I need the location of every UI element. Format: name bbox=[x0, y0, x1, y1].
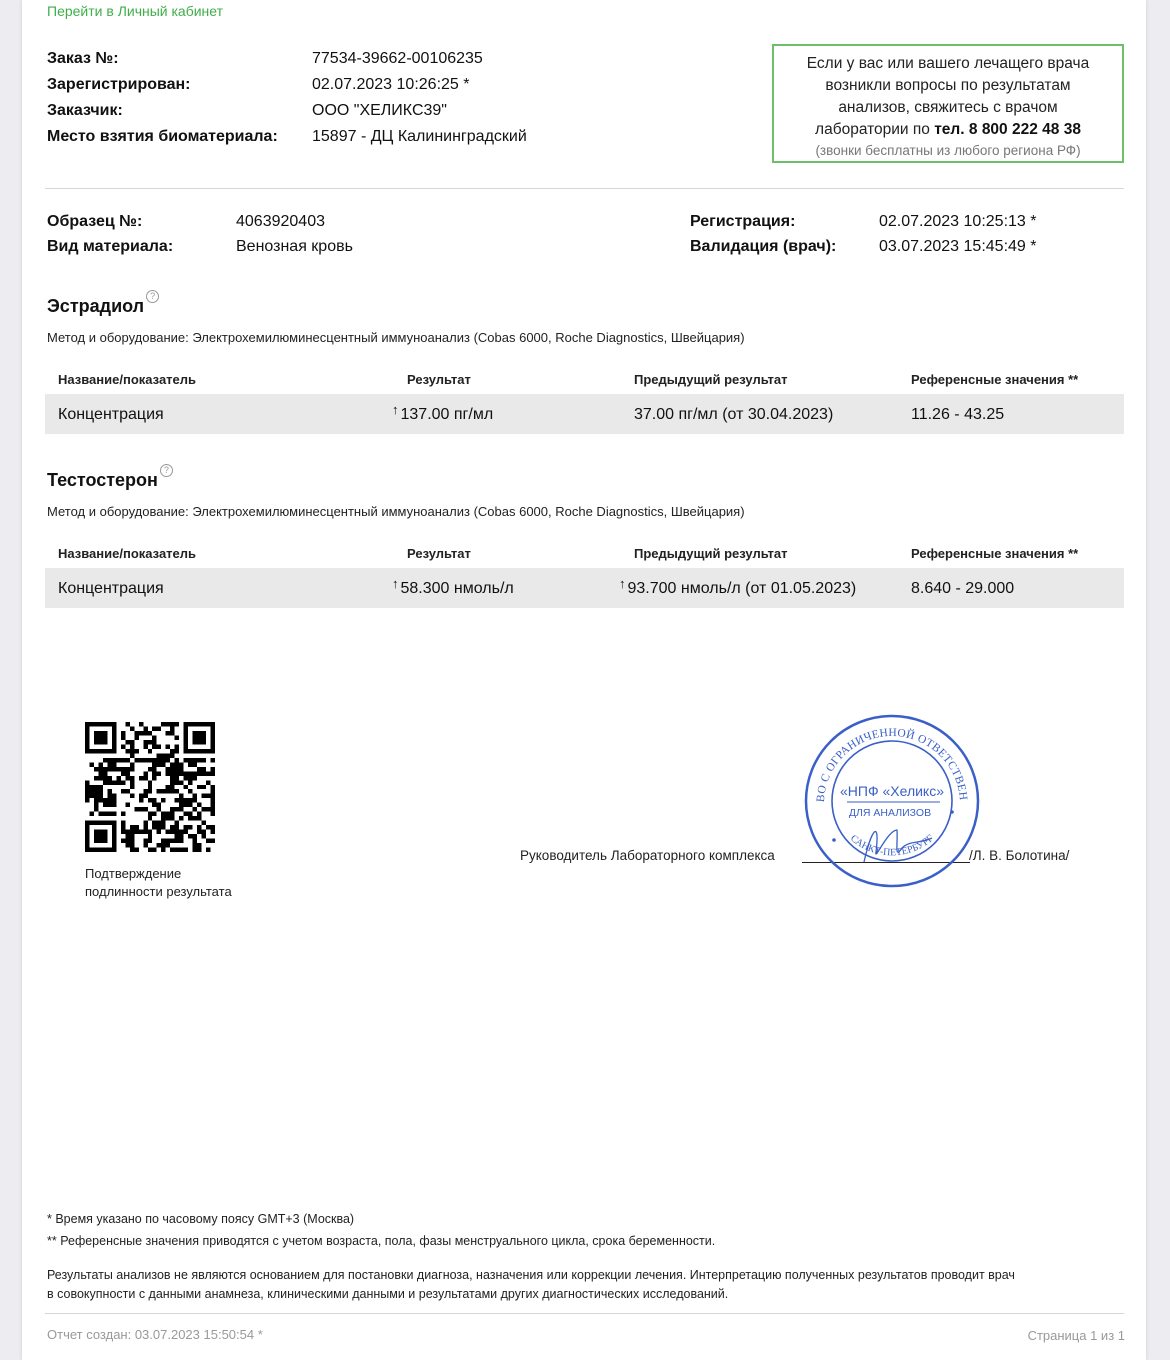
header-divider bbox=[45, 188, 1124, 189]
personal-cabinet-link[interactable]: Перейти в Личный кабинет bbox=[47, 3, 223, 19]
disclaimer-line-1: Результаты анализов не являются основани… bbox=[47, 1266, 1132, 1285]
header-previous: Предыдущий результат bbox=[634, 546, 788, 561]
signature-name: /Л. В. Болотина/ bbox=[969, 848, 1069, 863]
sample-info: Образец №: 4063920403 Вид материала: Вен… bbox=[47, 209, 1127, 269]
row-previous: ↑93.700 нмоль/л (от 01.05.2023) bbox=[619, 580, 856, 598]
row-name: Концентрация bbox=[58, 406, 164, 424]
header-result: Результат bbox=[407, 372, 471, 387]
reference-note: ** Референсные значения приводятся с уче… bbox=[47, 1232, 715, 1251]
table-row: Концентрация ↑137.00 пг/мл 37.00 пг/мл (… bbox=[45, 394, 1124, 434]
customer-label: Заказчик: bbox=[47, 98, 123, 124]
material-type-value: Венозная кровь bbox=[236, 234, 353, 260]
contact-line-4-prefix: лаборатории по bbox=[815, 121, 934, 138]
registration-value: 02.07.2023 10:25:13 * bbox=[879, 209, 1036, 235]
analyte-title: Эстрадиол? bbox=[47, 296, 159, 317]
customer-value: ООО "ХЕЛИКС39" bbox=[312, 98, 447, 124]
report-page: Перейти в Личный кабинет Заказ №: 77534-… bbox=[22, 0, 1146, 1360]
svg-text:ДЛЯ АНАЛИЗОВ: ДЛЯ АНАЛИЗОВ bbox=[849, 807, 931, 819]
qr-caption-line-1: Подтверждение bbox=[85, 865, 232, 883]
signature-role: Руководитель Лабораторного комплекса bbox=[520, 848, 775, 863]
row-previous: 37.00 пг/мл (от 30.04.2023) bbox=[634, 406, 833, 424]
help-icon[interactable]: ? bbox=[160, 464, 173, 477]
header-reference: Референсные значения ** bbox=[911, 546, 1078, 561]
svg-text:САНКТ-ПЕТЕРБУРГ: САНКТ-ПЕТЕРБУРГ bbox=[848, 833, 936, 859]
header-reference: Референсные значения ** bbox=[911, 372, 1078, 387]
qr-caption-line-2: подлинности результата bbox=[85, 883, 232, 901]
svg-text:«НПФ «Хеликс»: «НПФ «Хеликс» bbox=[840, 783, 944, 799]
doctor-contact-box: Если у вас или вашего лечащего врача воз… bbox=[772, 44, 1124, 163]
time-zone-note: * Время указано по часовому поясу GMT+3 … bbox=[47, 1210, 354, 1229]
footer-divider bbox=[45, 1313, 1124, 1314]
qr-caption: Подтверждение подлинности результата bbox=[85, 865, 232, 901]
disclaimer: Результаты анализов не являются основани… bbox=[47, 1266, 1132, 1304]
material-type-label: Вид материала: bbox=[47, 234, 173, 260]
contact-line-1: Если у вас или вашего лечащего врача bbox=[774, 53, 1122, 75]
registration-label: Регистрация: bbox=[690, 209, 795, 235]
analyte-method: Метод и оборудование: Электрохемилюминес… bbox=[47, 504, 745, 519]
sample-number-label: Образец №: bbox=[47, 209, 142, 235]
row-reference: 8.640 - 29.000 bbox=[911, 580, 1014, 598]
analyte-name: Эстрадиол bbox=[47, 296, 144, 316]
header-result: Результат bbox=[407, 546, 471, 561]
collection-site-label: Место взятия биоматериала: bbox=[47, 124, 278, 150]
previous-value: 93.700 нмоль/л (от 01.05.2023) bbox=[628, 580, 857, 597]
arrow-up-icon: ↑ bbox=[392, 576, 399, 591]
disclaimer-line-2: в совокупности с данными анамнеза, клини… bbox=[47, 1285, 1132, 1304]
company-stamp-icon: ОБЩЕСТВО С ОГРАНИЧЕННОЙ ОТВЕТСТВЕННОСТЬЮ… bbox=[802, 712, 982, 890]
registered-value: 02.07.2023 10:26:25 * bbox=[312, 72, 469, 98]
page-number: Страница 1 из 1 bbox=[1028, 1328, 1125, 1343]
analyte-name: Тестостерон bbox=[47, 470, 158, 490]
contact-line-2: возникли вопросы по результатам bbox=[774, 75, 1122, 97]
contact-line-4: лаборатории по тел. 8 800 222 48 38 bbox=[774, 119, 1122, 141]
analyte-title: Тестостерон? bbox=[47, 470, 173, 491]
qr-code-icon[interactable] bbox=[85, 722, 215, 852]
arrow-up-icon: ↑ bbox=[392, 402, 399, 417]
header-name: Название/показатель bbox=[58, 546, 196, 561]
row-result: ↑58.300 нмоль/л bbox=[392, 580, 514, 598]
analyte-method: Метод и оборудование: Электрохемилюминес… bbox=[47, 330, 745, 345]
header-name: Название/показатель bbox=[58, 372, 196, 387]
arrow-up-icon: ↑ bbox=[619, 576, 626, 591]
contact-phone[interactable]: тел. 8 800 222 48 38 bbox=[934, 121, 1081, 138]
row-reference: 11.26 - 43.25 bbox=[911, 406, 1004, 424]
table-row: Концентрация ↑58.300 нмоль/л ↑93.700 нмо… bbox=[45, 568, 1124, 608]
report-created: Отчет создан: 03.07.2023 15:50:54 * bbox=[47, 1327, 263, 1342]
validation-value: 03.07.2023 15:45:49 * bbox=[879, 234, 1036, 260]
collection-site-value: 15897 - ДЦ Калининградский bbox=[312, 124, 527, 150]
contact-line-3: анализов, свяжитесь с врачом bbox=[774, 97, 1122, 119]
row-name: Концентрация bbox=[58, 580, 164, 598]
order-number-label: Заказ №: bbox=[47, 46, 119, 72]
result-value: 137.00 пг/мл bbox=[401, 406, 494, 423]
contact-note: (звонки бесплатны из любого региона РФ) bbox=[774, 141, 1122, 161]
sample-number-value: 4063920403 bbox=[236, 209, 325, 235]
help-icon[interactable]: ? bbox=[146, 290, 159, 303]
row-result: ↑137.00 пг/мл bbox=[392, 406, 493, 424]
result-value: 58.300 нмоль/л bbox=[401, 580, 514, 597]
registered-label: Зарегистрирован: bbox=[47, 72, 191, 98]
header-previous: Предыдущий результат bbox=[634, 372, 788, 387]
order-number-value: 77534-39662-00106235 bbox=[312, 46, 483, 72]
validation-label: Валидация (врач): bbox=[690, 234, 836, 260]
